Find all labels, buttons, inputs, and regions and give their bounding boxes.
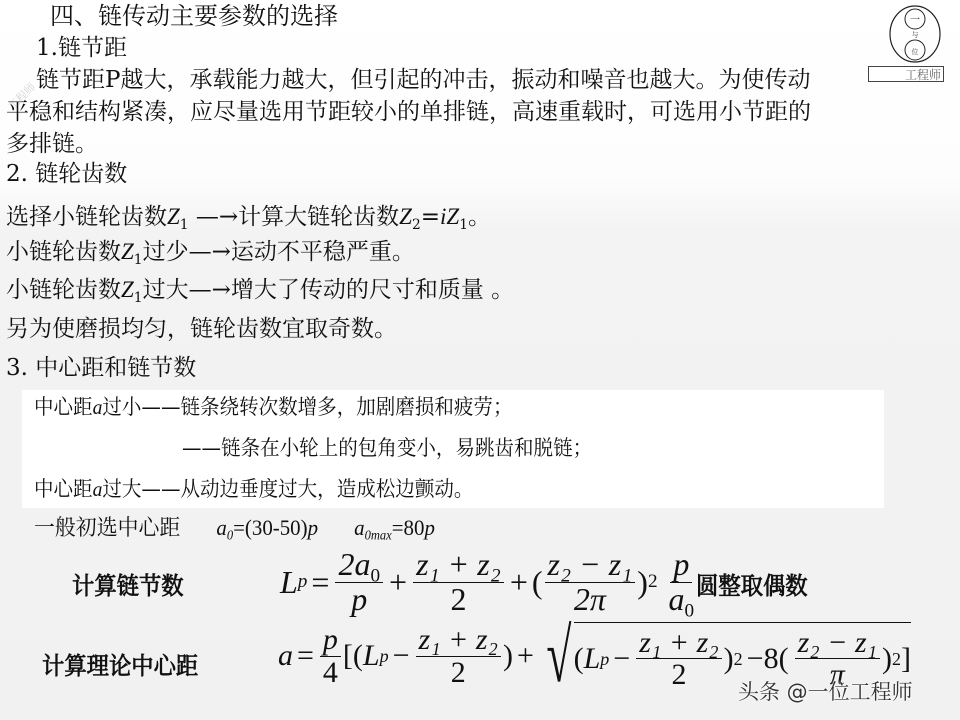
section1-para-line2: 平稳和结构紧凑，应尽量选用节距较小的单排链，高速重载时，可选用小节距的	[6, 98, 811, 126]
minus: −	[613, 642, 630, 676]
plus: +	[510, 564, 528, 601]
bracket: [(	[343, 639, 363, 673]
eq: =	[311, 564, 329, 601]
box-line1: 中心距a过小——链条绕转次数增多，加剧磨损和疲劳；	[34, 393, 512, 421]
fraction: z₁ + z₂ 2	[636, 627, 721, 691]
text: 过大—→增大了传动的尺寸和质量 。	[143, 277, 515, 303]
var-L: L	[280, 564, 298, 601]
num: z₂ − z₁	[545, 548, 636, 583]
plus: +	[389, 564, 407, 601]
section1-para-line3: 多排链。	[6, 130, 98, 158]
svg-text:位: 位	[912, 47, 919, 56]
num: z₁ + z₂	[416, 624, 501, 657]
section2-line1: 选择小链轮齿数Z1 —→计算大链轮齿数Z2=iZ1。	[6, 203, 491, 231]
section2-line2: 小链轮齿数Z1过少—→运动不平稳严重。	[6, 238, 415, 266]
initial-center-distance: 一般初选中心距 a0=(30-50)p a0max=80p	[34, 514, 435, 543]
var-L: L	[363, 639, 380, 673]
plus: +	[517, 639, 534, 673]
sub: 1	[459, 217, 468, 233]
section3-heading: 3. 中心距和链节数	[6, 354, 196, 382]
section2-line4: 另为使磨损均匀，链轮齿数宜取奇数。	[6, 315, 397, 343]
var-a: a	[93, 477, 103, 501]
radical-sign: √	[546, 618, 571, 694]
source-watermark: 头条 @一位工程师	[738, 676, 913, 706]
den: p	[348, 583, 370, 617]
den: a	[669, 581, 685, 617]
fraction: z₂ − z₁ 2π	[545, 548, 636, 616]
num: z₂ − z₁	[795, 627, 880, 660]
text: 过少—→运动不平稳严重。	[143, 239, 415, 265]
var-L: L	[584, 642, 601, 676]
paren: )	[724, 642, 734, 676]
box-line2: ——链条在小轮上的包角变小，易跳齿和脱链；	[182, 434, 592, 462]
num: z₁ + z₂	[636, 627, 721, 660]
box-line3: 中心距a过大——从动边垂度过大，造成松边颤动。	[34, 475, 473, 503]
author-logo-icon: 一 与 位	[888, 4, 942, 64]
eq: =	[421, 204, 440, 230]
num: p	[670, 548, 692, 583]
page-title: 四、链传动主要参数的选择	[50, 2, 338, 30]
text: 小链轮齿数	[6, 277, 121, 303]
round-to-even-note: 圆整取偶数	[696, 566, 808, 601]
paren: (	[532, 564, 543, 601]
minus: −	[393, 639, 410, 673]
arrow: —→	[189, 204, 239, 230]
text: 小链轮齿数	[6, 239, 121, 265]
minus-eight: −8(	[747, 642, 789, 676]
den: 2	[447, 583, 469, 617]
end: 。	[468, 204, 491, 230]
bracket: ]	[901, 642, 911, 676]
sub: 1	[134, 252, 143, 268]
var-a: a	[278, 639, 293, 673]
var-a0: a	[216, 515, 226, 540]
logo-label: 工程师	[868, 66, 944, 82]
text: 计算大链轮齿数	[238, 204, 399, 230]
var-z: Z	[399, 204, 412, 229]
section2-heading: 2. 链轮齿数	[6, 160, 127, 188]
var-a: a	[93, 395, 103, 419]
text: 选择小链轮齿数	[6, 204, 167, 230]
sub: 1	[180, 217, 189, 233]
var-amax: a	[354, 515, 364, 540]
var-z: Z	[121, 239, 134, 264]
var-p: p	[308, 515, 318, 540]
svg-text:一: 一	[910, 15, 920, 26]
den: 2	[448, 657, 469, 689]
den: 4	[320, 657, 341, 689]
num: p	[320, 624, 341, 657]
center-distance-label: 计算理论中心距	[42, 646, 198, 681]
section1-para-line1: 链节距P越大，承载能力越大，但引起的冲击，振动和噪音也越大。为使传动	[36, 66, 810, 94]
fraction: z₁ + z₂ 2	[413, 548, 504, 616]
paren: )	[882, 642, 892, 676]
text: 中心距	[34, 395, 93, 419]
section2-line3: 小链轮齿数Z1过大—→增大了传动的尺寸和质量 。	[6, 276, 514, 304]
num: 2a	[338, 546, 370, 582]
var-p: p	[424, 515, 434, 540]
center-distance-box: 中心距a过小——链条绕转次数增多，加剧磨损和疲劳； ——链条在小轮上的包角变小，…	[22, 390, 884, 508]
paren: )	[503, 639, 513, 673]
section1-heading: 1.链节距	[36, 34, 127, 62]
value: =(30-50)	[233, 515, 307, 540]
fraction: z₁ + z₂ 2	[416, 624, 501, 688]
chain-links-formula: Lp = 2a0 p + z₁ + z₂ 2 + ( z₂ − z₁ 2π )2…	[280, 548, 699, 616]
paren: (	[574, 642, 584, 676]
var-z: Z	[167, 204, 180, 229]
fraction: 2a0 p	[335, 548, 383, 616]
text: 过大——从动边垂度过大，造成松边颤动。	[102, 477, 473, 501]
var-z: Z	[446, 204, 459, 229]
num: z₁ + z₂	[413, 548, 504, 583]
den: 2π	[571, 583, 609, 617]
var-z: Z	[121, 277, 134, 302]
sub: 0	[370, 566, 380, 587]
text: 过小——链条绕转次数增多，加剧磨损和疲劳；	[102, 395, 512, 419]
eq: =	[297, 639, 314, 673]
svg-text:与: 与	[912, 30, 919, 39]
text: 中心距	[34, 477, 93, 501]
den: 2	[668, 659, 689, 691]
sub: 0max	[365, 528, 392, 543]
fraction: p 4	[320, 624, 341, 688]
paren: )	[637, 564, 648, 601]
value: =80	[392, 515, 425, 540]
label: 一般初选中心距	[34, 516, 180, 541]
sub: 1	[134, 290, 143, 306]
sub: 2	[412, 217, 421, 233]
fraction: p a0	[666, 548, 698, 616]
chain-links-label: 计算链节数	[72, 566, 184, 601]
